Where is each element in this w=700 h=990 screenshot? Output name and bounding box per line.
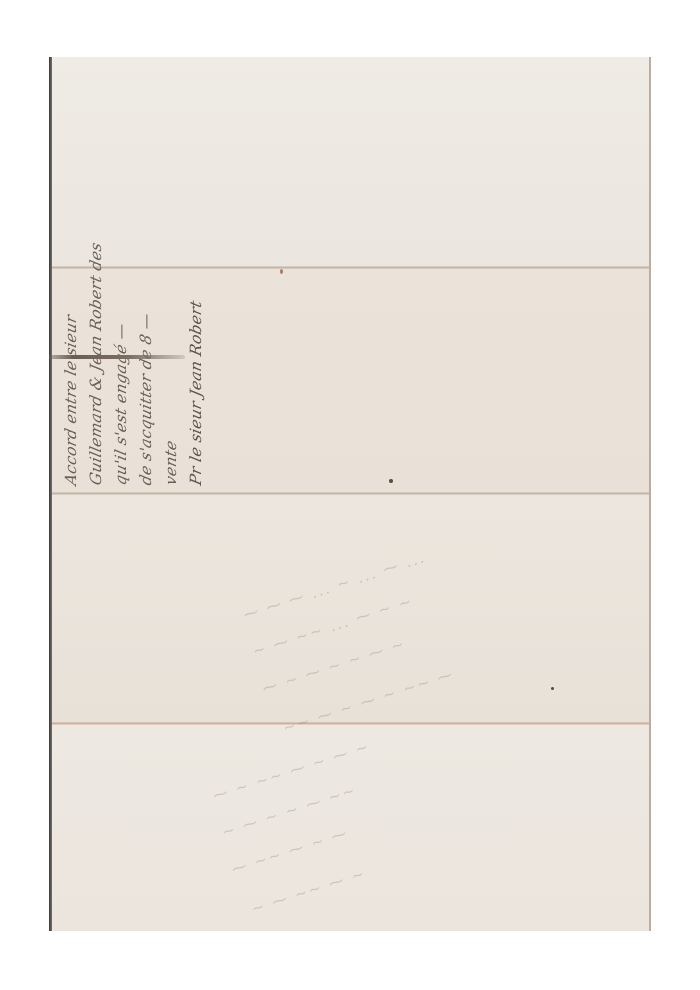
scan-shadow-edge (49, 57, 52, 931)
sheet-right-edge (649, 57, 651, 931)
ink-spot (551, 687, 554, 690)
docket-line: Accord entre le sieur (59, 274, 84, 487)
docket-note: Accord entre le sieur Guillemard & Jean … (53, 269, 243, 493)
docket-line: de s'acquitter de 8 — (134, 274, 159, 487)
fold-line (52, 722, 651, 725)
docket-flourish-stroke (49, 355, 185, 359)
docket-signature-line: Pr le sieur Jean Robert (184, 274, 209, 487)
fold-panel-1 (52, 57, 649, 267)
fold-panel-3 (52, 493, 649, 723)
stain-spot (280, 269, 283, 274)
docket-line: vente (159, 274, 184, 487)
docket-line: Guillemard & Jean Robert des (84, 274, 109, 487)
ink-spot (389, 479, 393, 483)
manuscript-sheet: Accord entre le sieur Guillemard & Jean … (49, 57, 651, 931)
docket-line: qu'il s'est engagé — (109, 274, 134, 487)
